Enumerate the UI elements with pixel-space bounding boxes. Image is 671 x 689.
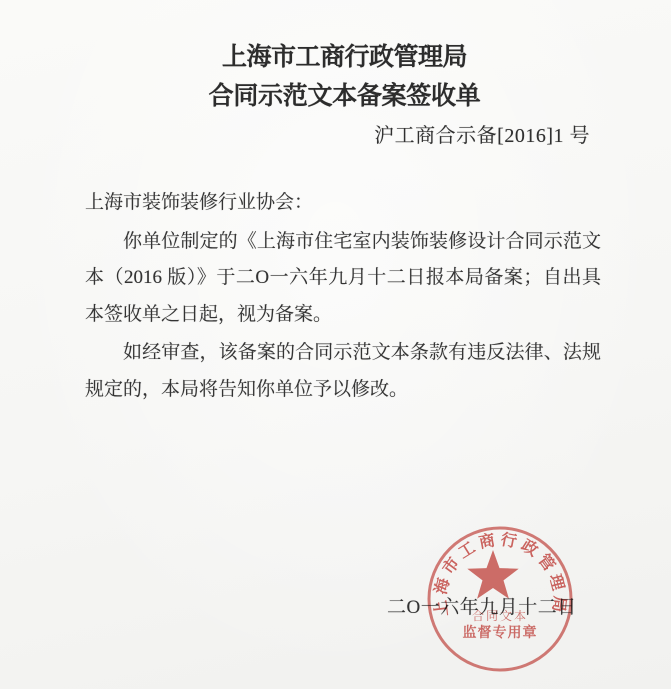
seal-inner-text-line2: 监督专用章 — [463, 624, 538, 640]
document-reference-number: 沪工商合示备[2016]1 号 — [374, 119, 590, 148]
seal-ring-border — [429, 528, 571, 670]
issuing-authority-title: 上海市工商行政管理局 — [18, 44, 671, 71]
official-round-seal: 上海市工商行政管理局 合同文本 监督专用章 — [424, 523, 576, 675]
document-header: 上海市工商行政管理局 合同示范文本备案签收单 — [0, 44, 671, 110]
document-body: 上海市装饰装修行业协会： 你单位制定的《上海市住宅室内装饰装修设计合同示范文本（… — [85, 185, 601, 408]
document-title: 合同示范文本备案签收单 — [18, 83, 671, 110]
star-icon — [467, 550, 518, 599]
paragraph-review-clause: 如经审查，该备案的合同示范文本条款有违反法律、法规规定的，本局将告知你单位予以修… — [85, 335, 601, 408]
seal-inner-text-line1: 合同文本 — [472, 608, 528, 623]
paragraph-filing-statement: 你单位制定的《上海市住宅室内装饰装修设计合同示范文本（2016 版）》于二O一六… — [85, 224, 601, 334]
recipient-salutation: 上海市装饰装修行业协会： — [85, 185, 601, 222]
scanned-document-page: 上海市工商行政管理局 合同示范文本备案签收单 沪工商合示备[2016]1 号 上… — [0, 0, 671, 689]
